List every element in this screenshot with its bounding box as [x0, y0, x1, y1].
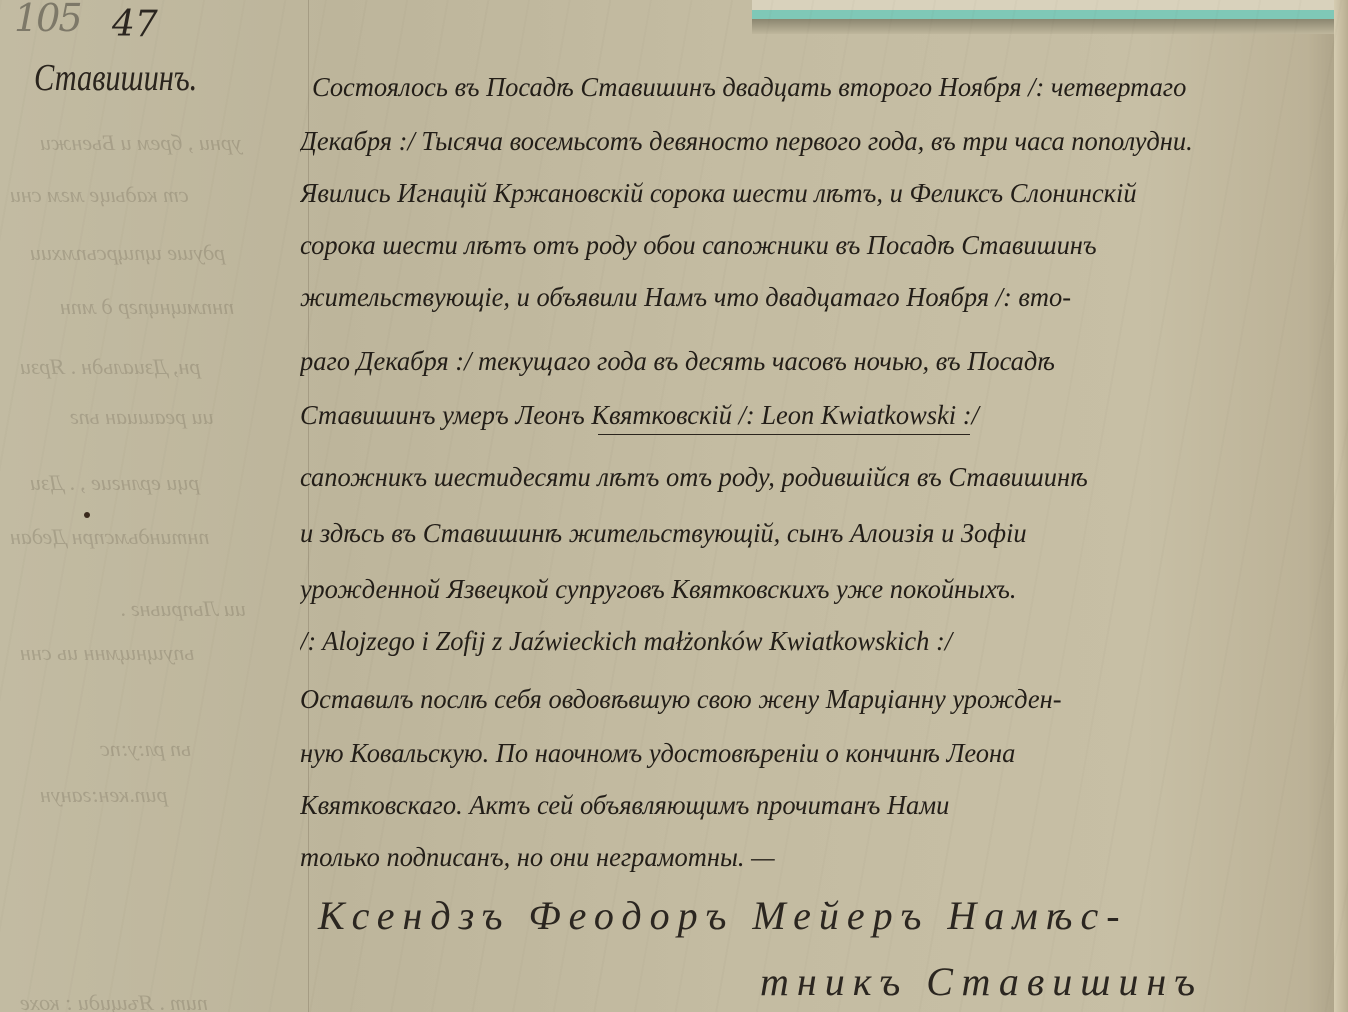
bleed-through-text: ьпущнщмнн иь снн — [20, 640, 194, 666]
bleed-through-text: рдуше щпщрсьпмхии — [30, 240, 225, 266]
record-line: Оставилъ послѣ себя овдовѣвшую свою жену… — [300, 684, 1319, 715]
bleed-through-text: ст кадыце мгм сни — [10, 182, 189, 208]
record-line-with-deceased-name: Ставишинъ умеръ Леонъ Квятковскій /: Leo… — [300, 400, 1319, 431]
record-line: урожденной Язвецкой супруговъ Квятковски… — [300, 574, 1319, 605]
ink-spot — [84, 512, 90, 518]
bleed-through-text: ии реашиан ьпг — [70, 404, 214, 430]
record-line: Состоялось въ Посадѣ Ставишинъ двадцать … — [312, 72, 1331, 103]
bleed-through-text: ьп рл:у:пс — [100, 736, 191, 762]
tab-shadow — [752, 19, 1348, 34]
bleed-through-text: пит . Яъщиди : кохе — [20, 990, 208, 1012]
record-line: ную Ковальскую. По наочномъ удостовѣрені… — [300, 738, 1319, 769]
signature-line-2: тникъ Ставишинъ — [760, 958, 1203, 1005]
record-line: Квятковскаго. Актъ сей объявляющимъ проч… — [300, 790, 1319, 821]
record-line-polish: /: Alojzego i Zofij z Jaźwieckich małżon… — [300, 626, 1319, 657]
record-line: сорока шести лѣтъ отъ роду обои сапожник… — [300, 230, 1319, 261]
record-line: Явились Игнацій Кржановскій сорока шести… — [300, 178, 1319, 209]
record-line: только подписанъ, но они неграмотны. — — [300, 842, 1319, 873]
record-line: сапожникъ шестидесяти лѣтъ отъ роду, род… — [300, 462, 1319, 493]
page-edge — [1334, 0, 1348, 1012]
signature-line-1: Ксендзъ Феодоръ Мейеръ Намѣс- — [318, 892, 1128, 939]
page-tab-marker — [752, 0, 1348, 34]
margin-rule — [308, 0, 309, 1012]
archive-page-number: 105 — [14, 0, 81, 40]
bleed-through-text: рн, Дзиальдн . Ярзи — [20, 354, 200, 380]
record-line: жительствующіе, и объявили Намъ что двад… — [300, 282, 1319, 313]
record-number: 47 — [112, 4, 158, 45]
teal-tab-edge — [752, 10, 1348, 19]
bleed-through-text: пнпмщнцпгр д мпн — [60, 294, 234, 320]
document-page: урни , брем и Бьенжи ст кадыце мгм сни р… — [0, 0, 1348, 1012]
name-underline — [598, 434, 970, 435]
record-line: и здѣсь въ Ставишинѣ жительствующій, сын… — [300, 518, 1319, 549]
bleed-through-text: рип.кен:ганун — [40, 782, 167, 808]
bleed-through-text: пнтиндьмспрн Дедан — [10, 524, 209, 550]
record-line: раго Декабря :/ текущаго года въ десять … — [300, 346, 1319, 377]
bleed-through-text: урни , брем и Бьенжи — [40, 130, 241, 156]
margin-place-name: Ставишинъ. — [34, 56, 197, 100]
bleed-through-text: ии Льприьнг . — [120, 596, 246, 622]
bleed-through-text: рци ерлнгие , . Дзи — [30, 470, 199, 496]
record-line: Декабря :/ Тысяча восемьсотъ девяносто п… — [300, 126, 1319, 157]
